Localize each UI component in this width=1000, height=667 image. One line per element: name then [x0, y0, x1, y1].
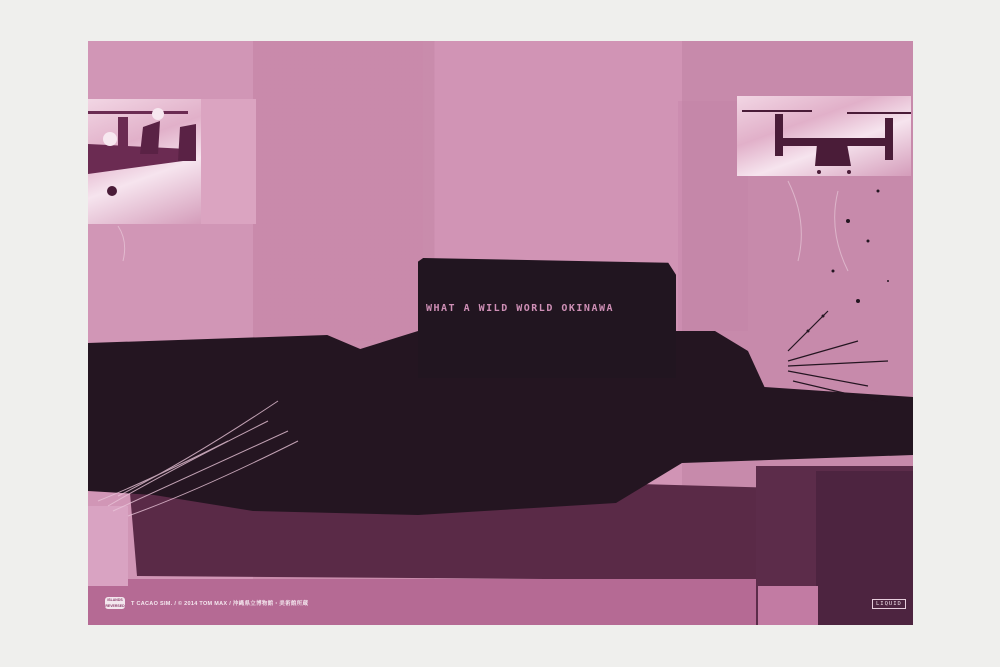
splatter-overlay — [88, 41, 913, 625]
publisher-badge: ISLANDS REVERSED — [105, 597, 125, 609]
credit-caption: T CACAO SIM. / © 2014 TOM MAX / 沖縄県立博物館・… — [131, 599, 308, 607]
artwork-poster: WHAT A WILD WORLD OKINAWA ISLANDS REVERS… — [88, 41, 913, 625]
liquid-logo: LIQUID — [872, 599, 906, 609]
badge-line2: REVERSED — [105, 603, 125, 609]
